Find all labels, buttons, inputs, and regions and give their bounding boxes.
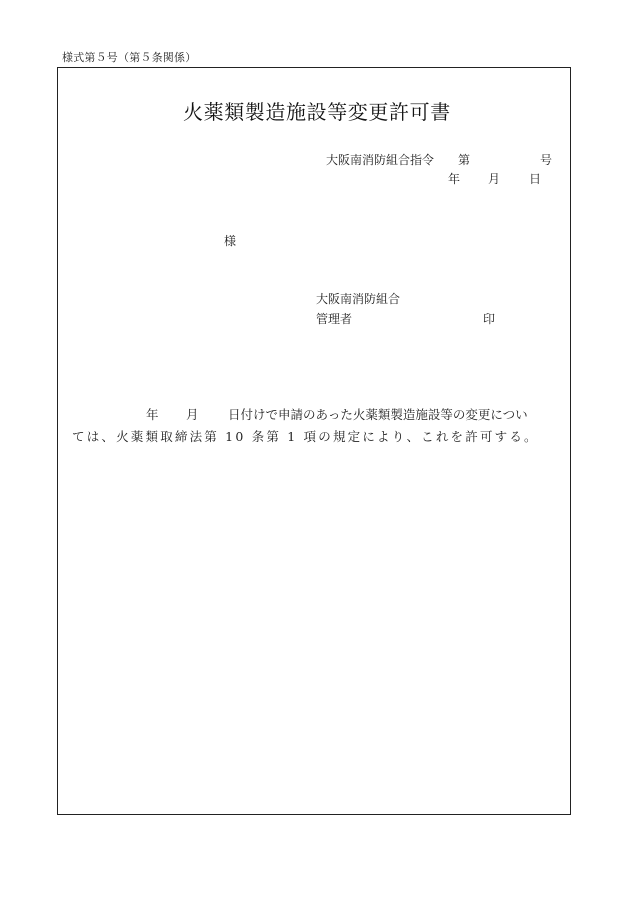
date-day-label: 日 [529,170,541,187]
document-title: 火薬類製造施設等変更許可書 [183,96,451,125]
issuer-ref-number-suffix: 号 [540,151,552,168]
body-line2-text: ては、火薬類取締法第 10 条第 1 項の規定により、これを許可する。 [72,427,539,445]
form-number-label: 様式第５号（第５条関係） [62,49,196,65]
issuer-ref-prefix: 大阪南消防組合指令 [326,151,434,168]
date-year-label: 年 [448,170,460,187]
body-line1-text: 日付けで申請のあった火薬類製造施設等の変更につい [228,405,528,423]
seal-mark: 印 [483,310,495,327]
date-month-label: 月 [488,170,500,187]
addressee-suffix: 様 [224,232,236,249]
body-year-label: 年 [146,405,159,423]
issuer-organization: 大阪南消防組合 [316,290,400,307]
issuer-ref-number-prefix: 第 [458,151,470,168]
body-month-label: 月 [186,405,199,423]
issuer-title: 管理者 [316,310,352,327]
